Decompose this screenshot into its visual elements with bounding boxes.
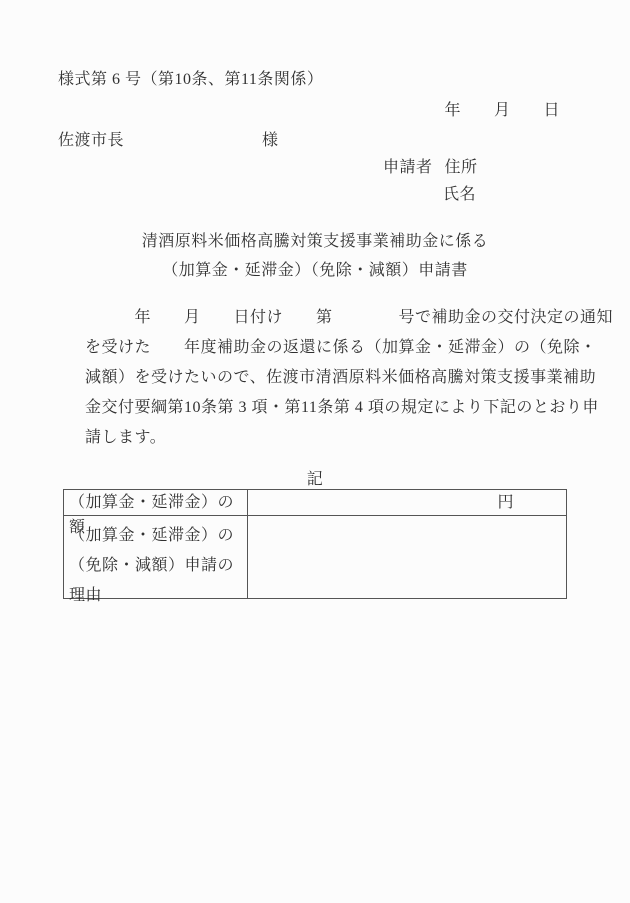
reason-label-line2: （免除・減額）申請の理由 [69,551,247,581]
body-line: 金交付要綱第10条第 3 項・第11条第 4 項の規定により下記のとおり申 [85,393,585,423]
table-row-amount: （加算金・延滞金）の額 円 [64,490,566,516]
amount-input-cell[interactable]: 円 [248,490,566,515]
applicant-line: 申請者住所 [383,154,478,177]
document-page: { "page": { "background": "#fcfcfc", "te… [0,0,630,903]
applicant-label: 申請者 [383,159,433,176]
reason-input-cell[interactable] [248,516,566,598]
address-label: 住所 [445,159,478,176]
document-title-line1: 清酒原料米価格高騰対策支援事業補助金に係る [0,228,630,251]
amount-row-label: （加算金・延滞金）の額 [64,490,248,515]
honorific-sama: 様 [262,132,279,149]
name-label: 氏名 [443,181,476,204]
addressee: 佐渡市長 [58,132,124,149]
body-line: 年 月 日付け 第 号で補助金の交付決定の通知 [85,303,585,333]
document-title-line2: （加算金・延滞金）（免除・減額）申請書 [0,257,630,280]
currency-unit-label: 円 [497,494,514,511]
record-table: （加算金・延滞金）の額 円 （加算金・延滞金）の （免除・減額）申請の理由 [63,489,567,599]
body-line: 減額）を受けたいので、佐渡市清酒原料米価格高騰対策支援事業補助 [85,363,585,393]
reason-label-line1: （加算金・延滞金）の [69,521,247,551]
addressee-line: 佐渡市長様 [58,127,279,150]
reason-row-label: （加算金・延滞金）の （免除・減額）申請の理由 [64,516,248,598]
body-paragraph: 年 月 日付け 第 号で補助金の交付決定の通知 を受けた 年度補助金の返還に係る… [85,303,585,453]
body-line: を受けた 年度補助金の返還に係る（加算金・延滞金）の（免除・ [85,333,585,363]
record-heading: 記 [63,466,567,489]
form-number: 様式第 6 号（第10条、第11条関係） [58,66,323,89]
body-line: 請します。 [85,423,585,453]
date-line: 年 月 日 [444,97,560,120]
table-row-reason: （加算金・延滞金）の （免除・減額）申請の理由 [64,516,566,598]
